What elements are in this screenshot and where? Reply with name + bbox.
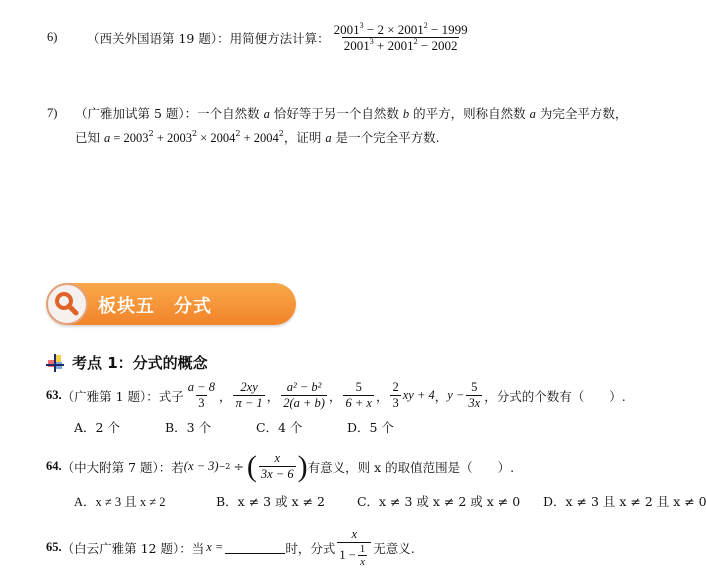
expression-base: (x − 3) [184,459,219,474]
cross-marker-icon [46,354,64,372]
fraction: 2xyπ − 1 [233,380,264,411]
question-number: 65. [46,540,62,555]
option-d[interactable]: D．x ≠ 3 且 x ≠ 2 且 x ≠ 0 [543,492,706,510]
options-63: A．2 个 B．3 个 C．4 个 D．5 个 [74,418,434,436]
option-c[interactable]: C．4 个 [256,418,343,436]
question-suffix: 无意义. [373,539,414,557]
banner-title: 板块五 分式 [98,292,212,318]
problem-source: （西关外国语第 19 题）：用简便方法计算： [87,29,330,47]
question-65: 65. （白云广雅第 12 题）：当 x = 时，分式 x 1 −1x 无意义. [46,527,415,568]
question-64: 64. （中大附第 7 题）：若 (x − 3)−2 ÷ ( x3x − 6 )… [46,451,514,482]
question-suffix: ，分式的个数有（ ）. [484,387,625,405]
fraction: a − 83 [186,380,217,411]
question-prefix: （中大附第 7 题）：若 [62,458,184,476]
problem-number: 6) [47,30,87,45]
option-a[interactable]: A．2 个 [74,418,161,436]
question-middle: 时，分式 [285,539,335,557]
question-number: 64. [46,459,62,474]
fraction: x3x − 6 [259,451,296,482]
section-title: 考点 1：分式的概念 [72,352,208,373]
question-suffix: 有意义，则 x 的取值范围是（ ）. [308,458,514,476]
problem-number: 7) [47,106,75,121]
section-banner: 板块五 分式 [46,283,296,325]
fraction: 23 [390,380,400,411]
option-a[interactable]: A．x ≠ 3 且 x ≠ 2 [74,492,212,510]
options-64: A．x ≠ 3 且 x ≠ 2 B．x ≠ 3 或 x ≠ 2 C．x ≠ 3 … [74,492,706,510]
answer-blank[interactable] [225,541,285,554]
problem-7: 7) （广雅加试第 5 题）：一个自然数 a 恰好等于另一个自然数 b 的平方，… [47,104,627,146]
question-63: 63. （广雅第 1 题）：式子 a − 83， 2xyπ − 1， a² − … [46,380,626,411]
section-header: 考点 1：分式的概念 [46,352,208,373]
question-prefix: （广雅第 1 题）：式子 [62,387,184,405]
problem-text-line2: 已知 a = 20032 + 20032 × 20042 + 20042，证明 … [75,128,627,146]
fraction: 56 + x [343,380,373,411]
option-d[interactable]: D．5 个 [347,418,434,436]
magnifier-icon [46,283,88,325]
fraction-numerator: 20013 − 2 × 20012 − 1999 [332,22,470,37]
fraction: 20013 − 2 × 20012 − 1999 20013 + 20012 −… [332,22,470,53]
question-prefix: （白云广雅第 12 题）：当 [62,539,205,557]
problem-6: 6) （西关外国语第 19 题）：用简便方法计算： 20013 − 2 × 20… [47,22,472,53]
option-b[interactable]: B．3 个 [165,418,252,436]
fraction: a² − b²2(a + b) [281,380,327,411]
fraction: 53x [466,380,482,411]
complex-fraction: x 1 −1x [337,527,371,568]
option-b[interactable]: B．x ≠ 3 或 x ≠ 2 [216,492,353,510]
question-number: 63. [46,388,62,403]
fraction-denominator: 20013 + 20012 − 2002 [342,37,460,53]
option-c[interactable]: C．x ≠ 3 或 x ≠ 2 或 x ≠ 0 [357,492,539,510]
problem-text-line1: （广雅加试第 5 题）：一个自然数 a 恰好等于另一个自然数 b 的平方，则称自… [75,104,627,122]
